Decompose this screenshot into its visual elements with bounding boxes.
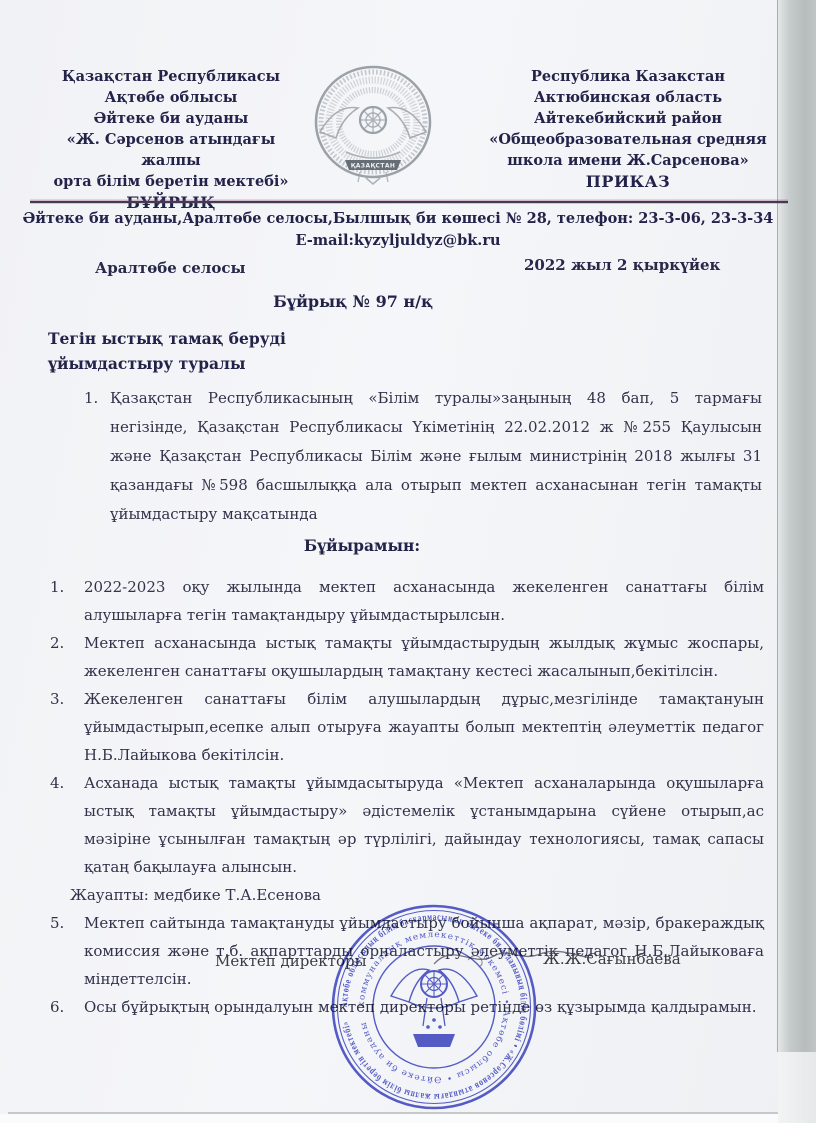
letterhead-russian: Республика Казакстан Актюбинская область… xyxy=(476,66,780,192)
issue-place: Аралтөбе селосы xyxy=(95,259,246,277)
svg-text:коммуналдық мемлекеттік мекеме: коммуналдық мемлекеттік мекемесі • Ақтөб… xyxy=(357,930,511,1084)
letterhead-line: школа имени Ж.Сарсенова» xyxy=(476,150,780,171)
decree-item: 1. 2022-2023 оқу жылында мектеп асханасы… xyxy=(0,573,778,629)
svg-text:Ақтөбе облысының білім басқарм: Ақтөбе облысының білім басқармасының Әйт… xyxy=(340,913,529,1101)
letterhead-line: орта білім беретін мектебі» xyxy=(40,171,302,192)
contact-info: Әйтеке би ауданы,Аралтөбе селосы,Былшық … xyxy=(20,208,776,252)
letterhead-line: «Общеобразовательная средняя xyxy=(476,129,780,150)
scanner-edge-right-lower xyxy=(778,1052,816,1123)
stamp-center-emblem xyxy=(391,969,477,1026)
resolve-word: Бұйырамын: xyxy=(0,531,724,560)
order-word-russian: ПРИКАЗ xyxy=(476,171,780,192)
decree-item: 2. Мектеп асханасында ыстық тамақты ұйым… xyxy=(0,629,778,685)
item-number: 6. xyxy=(50,993,84,1021)
kazakhstan-state-emblem-icon: ҚАЗАҚСТАН xyxy=(302,60,444,192)
item-number: 2. xyxy=(50,629,84,685)
item-text: 2022-2023 оқу жылында мектеп асханасында… xyxy=(84,573,764,629)
preamble-paragraph: 1. Қазақстан Республикасының «Білім тура… xyxy=(0,384,778,529)
scanned-order-document: Қазақстан Республикасы Ақтөбе облысы Әйт… xyxy=(0,0,816,1123)
item-text: Жекеленген санаттағы білім алушылардың д… xyxy=(84,685,764,769)
issue-date: 2022 жыл 2 қыркүйек xyxy=(524,256,720,274)
header-divider-line xyxy=(30,201,788,203)
item-text: Асханада ыстық тамақты ұйымдасытыруда «М… xyxy=(84,769,764,881)
letterhead-line: Әйтеке би ауданы xyxy=(40,108,302,129)
letterhead-line: Республика Казакстан xyxy=(476,66,780,87)
preamble-text: Қазақстан Республикасының «Білім туралы»… xyxy=(110,384,762,529)
item-text: Мектеп асханасында ыстық тамақты ұйымдас… xyxy=(84,629,764,685)
letterhead-kazakh: Қазақстан Республикасы Ақтөбе облысы Әйт… xyxy=(40,66,302,213)
item-number: 3. xyxy=(50,685,84,769)
order-subject: Тегін ыстық тамақ беруді ұйымдастыру тур… xyxy=(48,326,286,376)
letterhead-line: «Ж. Сәрсенов атындағы жалпы xyxy=(40,129,302,171)
item-number: 1. xyxy=(50,573,84,629)
item-number: 4. xyxy=(50,769,84,881)
official-stamp: Ақтөбе облысының білім басқармасының Әйт… xyxy=(325,898,543,1116)
letterhead-line: Актюбинская область xyxy=(476,87,780,108)
letterhead-line: Айтекебийский район xyxy=(476,108,780,129)
stamp-ring-text-inner: коммуналдық мемлекеттік мекемесі • Ақтөб… xyxy=(357,930,511,1084)
subject-line: ұйымдастыру туралы xyxy=(48,351,286,376)
letterhead-line: Ақтөбе облысы xyxy=(40,87,302,108)
decree-item: 4. Асханада ыстық тамақты ұйымдасытыруда… xyxy=(0,769,778,881)
decree-item: 3. Жекеленген санаттағы білім алушыларды… xyxy=(0,685,778,769)
email-line: E-mail:kyzyljuldyz@bk.ru xyxy=(20,230,776,252)
stamp-ring-text-outer: Ақтөбе облысының білім басқармасының Әйт… xyxy=(340,913,529,1101)
subject-line: Тегін ыстық тамақ беруді xyxy=(48,326,286,351)
address-phone-line: Әйтеке би ауданы,Аралтөбе селосы,Былшық … xyxy=(23,210,774,227)
scanner-edge-right xyxy=(777,0,816,1052)
preamble-number: 1. xyxy=(84,384,110,529)
order-number-line: Бұйрық № 97 н/қ xyxy=(0,292,706,311)
item-number: 5. xyxy=(50,909,84,993)
emblem-banner-text: ҚАЗАҚСТАН xyxy=(351,163,396,170)
letterhead-line: Қазақстан Республикасы xyxy=(40,66,302,87)
stamp-pedestal xyxy=(413,1018,455,1047)
